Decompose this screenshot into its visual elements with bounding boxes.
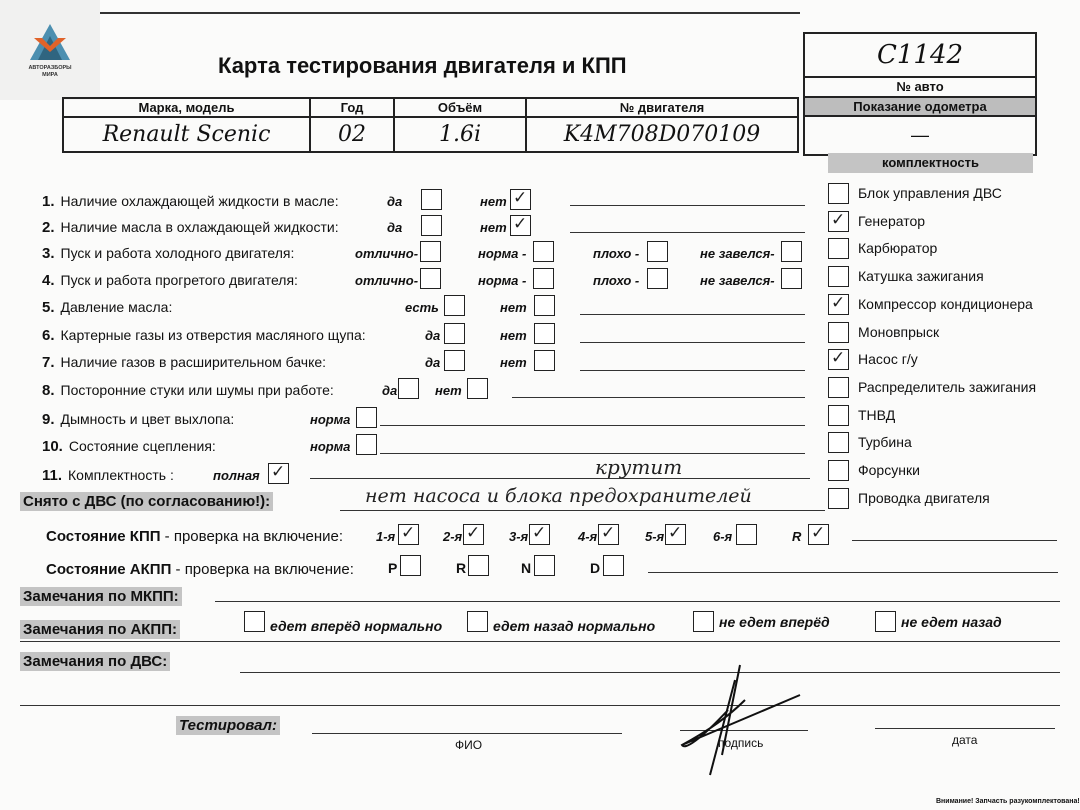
remarks-mkpp-label: Замечания по МКПП: (20, 587, 182, 606)
check-row-number: 10. (42, 438, 63, 455)
completeness-note[interactable]: крутит (595, 455, 682, 479)
check-mark-icon: ✓ (831, 350, 845, 367)
check-row-number: 8. (42, 382, 55, 399)
check-row-number: 4. (42, 272, 55, 289)
date-line (875, 728, 1055, 729)
kpp-label-bold: Состояние КПП (46, 528, 161, 545)
kit-item-label: Блок управления ДВС (858, 185, 1002, 201)
option-label: да (387, 220, 402, 235)
kit-item-label: Турбина (858, 434, 912, 450)
kit-item-label: Моновпрыск (858, 324, 939, 340)
answer-line (570, 205, 805, 206)
engine-number-value[interactable]: K4M708D070109 (526, 117, 798, 152)
check-row-label: 6.Картерные газы из отверстия масляного … (42, 327, 366, 344)
akpp-label: Состояние АКПП - проверка на включение: (46, 561, 354, 578)
check-mark-icon: ✓ (401, 525, 415, 542)
check-row-label: 2.Наличие масла в охлаждающей жидкости: (42, 219, 339, 236)
signature-scribble-icon (680, 660, 810, 785)
mode-checkbox[interactable] (603, 555, 624, 576)
option-checkbox[interactable] (781, 268, 802, 289)
check-mark-icon: ✓ (513, 190, 527, 207)
option-checkbox[interactable] (533, 268, 554, 289)
check-row-number: 3. (42, 245, 55, 262)
kit-checkbox[interactable] (828, 322, 849, 343)
answer-line (380, 453, 805, 454)
kit-item-label: Форсунки (858, 462, 920, 478)
mode-label: P (388, 560, 397, 576)
kit-item-label: Проводка двигателя (858, 490, 990, 506)
check-row-text: Картерные газы из отверстия масляного щу… (61, 327, 366, 343)
option-checkbox[interactable] (534, 350, 555, 371)
option-label: норма - (478, 273, 526, 288)
gear-label: 4-я (578, 529, 597, 544)
mode-checkbox[interactable] (468, 555, 489, 576)
make-model-value[interactable]: Renault Scenic (63, 117, 310, 152)
akpp-remark-label: не едет вперёд (719, 614, 830, 630)
kit-checkbox[interactable] (828, 405, 849, 426)
kit-item-label: Компрессор кондиционера (858, 296, 1033, 312)
option-label: да (382, 383, 397, 398)
col-year: Год (310, 98, 394, 117)
option-label: нет (500, 300, 527, 315)
col-volume: Объём (394, 98, 526, 117)
option-checkbox[interactable] (647, 268, 668, 289)
mode-label: N (521, 560, 531, 576)
gear-label: 2-я (443, 529, 462, 544)
check-row-text: Пуск и работа прогретого двигателя: (61, 272, 298, 288)
vehicle-box: C1142 № авто Показание одометра — (803, 32, 1037, 156)
option-label: нет (500, 355, 527, 370)
option-checkbox[interactable] (421, 189, 442, 210)
kpp-line (852, 540, 1057, 541)
check-row-label: 11.Комплектность : (42, 467, 174, 484)
check-row-text: Пуск и работа холодного двигателя: (61, 245, 295, 261)
option-label: нет (435, 383, 462, 398)
logo-subtext: МИРА (0, 72, 100, 79)
option-checkbox[interactable] (647, 241, 668, 262)
check-row-text: Дымность и цвет выхлопа: (61, 411, 235, 427)
vehicle-number-value[interactable]: C1142 (805, 34, 1035, 78)
option-label: плохо - (593, 273, 639, 288)
akpp-remark-label: едет назад нормально (493, 618, 655, 634)
check-row-number: 6. (42, 327, 55, 344)
kit-item-label: ТНВД (858, 407, 895, 423)
check-mark-icon: ✓ (831, 295, 845, 312)
kit-checkbox[interactable] (828, 266, 849, 287)
option-checkbox[interactable] (421, 215, 442, 236)
check-row-number: 11. (42, 467, 62, 484)
option-checkbox[interactable] (420, 241, 441, 262)
option-label: отлично- (355, 273, 418, 288)
check-row-number: 5. (42, 299, 55, 316)
akpp-remark-checkbox[interactable] (875, 611, 896, 632)
top-rule (100, 12, 800, 14)
option-checkbox[interactable] (444, 295, 465, 316)
mode-label: R (456, 560, 466, 576)
akpp-label-bold: Состояние АКПП (46, 561, 171, 578)
option-checkbox[interactable] (356, 434, 377, 455)
option-label: да (387, 194, 402, 209)
check-row-text: Наличие масла в охлаждающей жидкости: (61, 219, 339, 235)
option-checkbox[interactable] (398, 378, 419, 399)
logo: АВТОРАЗБОРЫ МИРА (0, 0, 100, 100)
option-checkbox[interactable] (420, 268, 441, 289)
akpp-remark-checkbox[interactable] (244, 611, 265, 632)
check-row-text: Давление масла: (61, 299, 173, 315)
logo-text: АВТОРАЗБОРЫ (0, 65, 100, 72)
check-mark-icon: ✓ (271, 464, 285, 481)
check-row-label: 3.Пуск и работа холодного двигателя: (42, 245, 294, 262)
answer-line (380, 425, 805, 426)
vehicle-number-label: № авто (805, 78, 1035, 98)
removed-line (340, 510, 825, 511)
odometer-label: Показание одометра (805, 98, 1035, 117)
kit-checkbox[interactable] (828, 377, 849, 398)
option-checkbox[interactable] (533, 241, 554, 262)
kit-item-label: Насос г/у (858, 351, 918, 367)
akpp-label-rest: - проверка на включение: (171, 561, 354, 578)
akpp-remark-checkbox[interactable] (693, 611, 714, 632)
check-row-label: 7.Наличие газов в расширительном бачке: (42, 354, 326, 371)
volume-value[interactable]: 1.6i (394, 117, 526, 152)
kit-checkbox[interactable] (828, 238, 849, 259)
answer-line (570, 232, 805, 233)
option-checkbox[interactable] (781, 241, 802, 262)
check-mark-icon: ✓ (668, 525, 682, 542)
option-label: плохо - (593, 246, 639, 261)
check-row-number: 2. (42, 219, 55, 236)
option-checkbox[interactable] (444, 350, 465, 371)
check-row-label: 10.Состояние сцепления: (42, 438, 216, 455)
option-checkbox[interactable] (534, 295, 555, 316)
answer-line (580, 314, 805, 315)
mode-checkbox[interactable] (400, 555, 421, 576)
check-row-label: 8.Посторонние стуки или шумы при работе: (42, 382, 334, 399)
remarks-mkpp-line (215, 601, 1060, 602)
check-row-number: 7. (42, 354, 55, 371)
akpp-remark-checkbox[interactable] (467, 611, 488, 632)
check-row-label: 9.Дымность и цвет выхлопа: (42, 411, 234, 428)
option-label: да (425, 328, 440, 343)
check-row-text: Состояние сцепления: (69, 438, 216, 454)
kit-checkbox[interactable] (828, 460, 849, 481)
mode-checkbox[interactable] (534, 555, 555, 576)
check-row-label: 5.Давление масла: (42, 299, 172, 316)
check-mark-icon: ✓ (466, 525, 480, 542)
check-row-text: Посторонние стуки или шумы при работе: (61, 382, 334, 398)
vehicle-header-table: Марка, модель Год Объём № двигателя Rena… (62, 97, 799, 153)
option-label: нет (500, 328, 527, 343)
gear-label: 6-я (713, 529, 732, 544)
check-mark-icon: ✓ (831, 212, 845, 229)
gear-checkbox[interactable] (736, 524, 757, 545)
gear-label: R (792, 529, 801, 544)
warning-text: Внимание! Запчасть разукомплектована! (936, 798, 1080, 805)
option-label: есть (405, 300, 439, 315)
check-row-label: 4.Пуск и работа прогретого двигателя: (42, 272, 298, 289)
akpp-line (648, 572, 1058, 573)
odometer-value[interactable]: — (805, 117, 1035, 154)
check-mark-icon: ✓ (601, 525, 615, 542)
option-checkbox[interactable] (534, 323, 555, 344)
logo-icon (28, 22, 72, 62)
akpp-remark-label: едет вперёд нормально (270, 618, 442, 634)
removed-label: Снято с ДВС (по согласованию!): (20, 492, 273, 511)
check-row-label: 1.Наличие охлаждающей жидкости в масле: (42, 193, 339, 210)
answer-line (580, 342, 805, 343)
gear-label: 3-я (509, 529, 528, 544)
date-label: дата (952, 733, 977, 747)
option-checkbox[interactable] (444, 323, 465, 344)
gear-label: 1-я (376, 529, 395, 544)
remarks-akpp-line (20, 641, 1060, 642)
col-make-model: Марка, модель (63, 98, 310, 117)
gear-label: 5-я (645, 529, 664, 544)
remarks-akpp-label: Замечания по АКПП: (20, 620, 180, 639)
option-checkbox[interactable] (467, 378, 488, 399)
option-label: нет (480, 194, 507, 209)
answer-line (512, 397, 805, 398)
removed-value[interactable]: нет насоса и блока предохранителей (365, 485, 752, 507)
page-title: Карта тестирования двигателя и КПП (218, 53, 627, 79)
mode-label: D (590, 560, 600, 576)
option-label: норма - (478, 246, 526, 261)
kit-item-label: Генератор (858, 213, 925, 229)
answer-line (580, 370, 805, 371)
kit-item-label: Распределитель зажигания (858, 379, 1036, 395)
option-label: полная (213, 468, 260, 483)
check-row-number: 9. (42, 411, 55, 428)
option-label: да (425, 355, 440, 370)
check-row-text: Наличие газов в расширительном бачке: (61, 354, 327, 370)
remarks-dvs-line (240, 672, 1060, 673)
option-label: не завелся- (700, 246, 775, 261)
option-label: не завелся- (700, 273, 775, 288)
option-label: норма (310, 412, 350, 427)
option-label: нет (480, 220, 507, 235)
option-label: отлично- (355, 246, 418, 261)
check-mark-icon: ✓ (811, 525, 825, 542)
akpp-remark-label: не едет назад (901, 614, 1002, 630)
kit-title: комплектность (828, 153, 1033, 173)
check-row-text: Комплектность : (68, 467, 174, 483)
check-row-number: 1. (42, 193, 55, 210)
tested-label: Тестировал: (176, 716, 280, 735)
year-value[interactable]: 02 (310, 117, 394, 152)
kit-item-label: Катушка зажигания (858, 268, 984, 284)
col-engine-number: № двигателя (526, 98, 798, 117)
check-mark-icon: ✓ (532, 525, 546, 542)
kit-checkbox[interactable] (828, 432, 849, 453)
check-row-text: Наличие охлаждающей жидкости в масле: (61, 193, 339, 209)
kit-checkbox[interactable] (828, 183, 849, 204)
kpp-label: Состояние КПП - проверка на включение: (46, 528, 343, 545)
kit-checkbox[interactable] (828, 488, 849, 509)
option-label: норма (310, 439, 350, 454)
kit-item-label: Карбюратор (858, 240, 937, 256)
completeness-note-line (310, 478, 810, 479)
fio-label: ФИО (455, 738, 482, 752)
remarks-dvs-label: Замечания по ДВС: (20, 652, 170, 671)
kpp-label-rest: - проверка на включение: (161, 528, 344, 545)
remarks-extra-line (20, 705, 1060, 706)
check-mark-icon: ✓ (513, 216, 527, 233)
fio-line (312, 733, 622, 734)
option-checkbox[interactable] (356, 407, 377, 428)
